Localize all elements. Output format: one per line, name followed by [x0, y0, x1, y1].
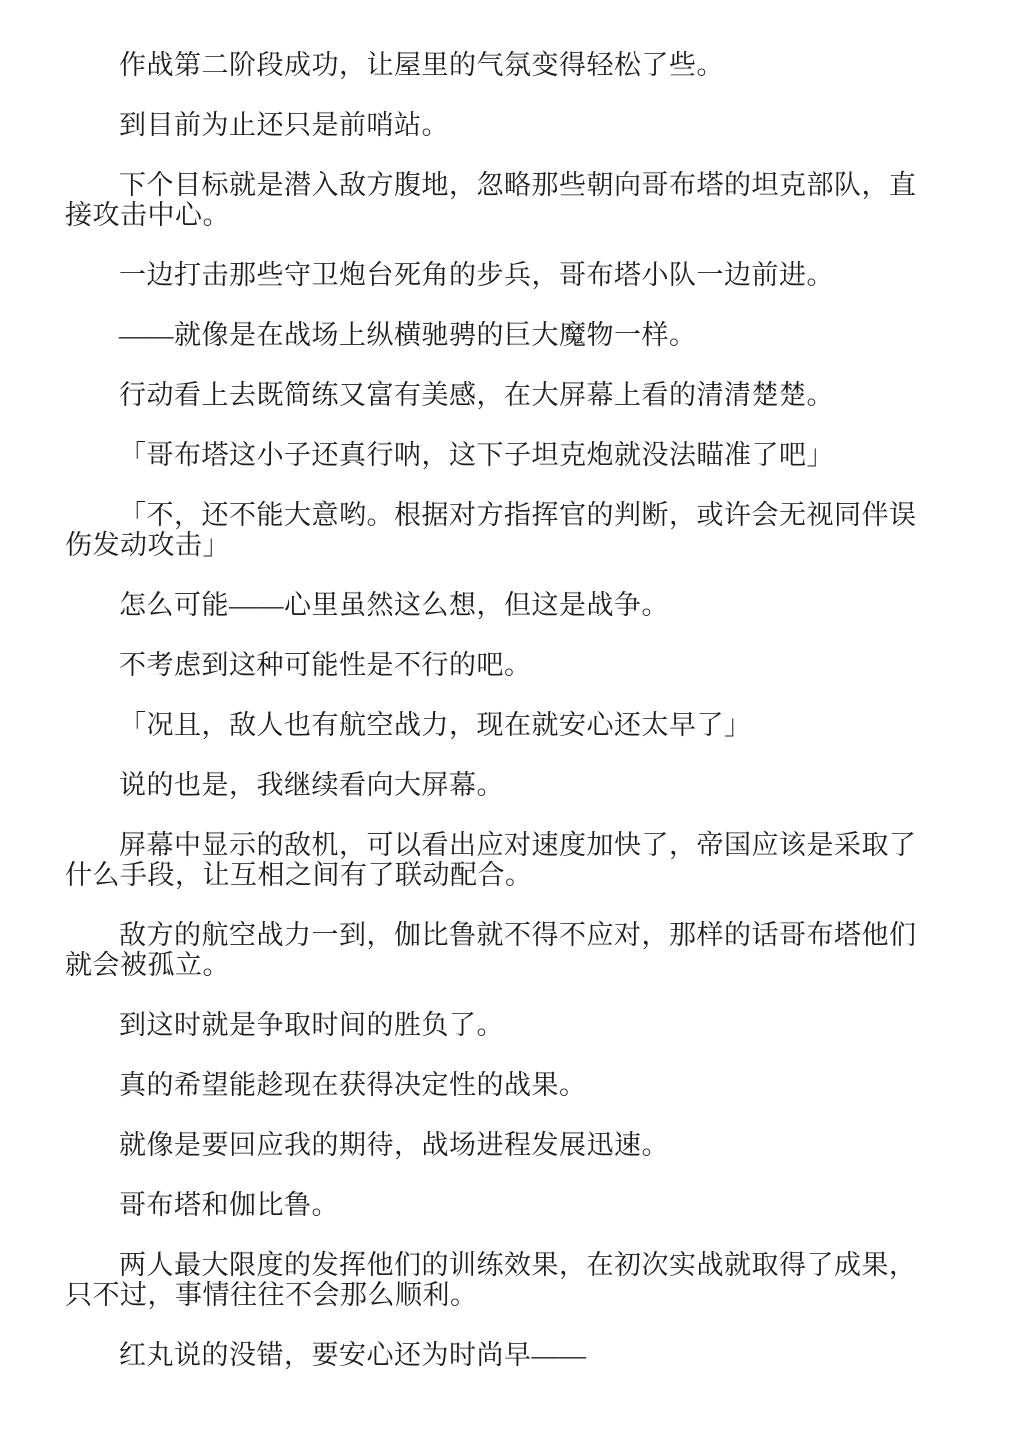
paragraph: 不考虑到这种可能性是不行的吧。	[65, 650, 935, 680]
paragraph: 「不，还不能大意哟。根据对方指挥官的判断，或许会无视同伴误伤发动攻击」	[65, 500, 935, 560]
paragraph: 怎么可能——心里虽然这么想，但这是战争。	[65, 590, 935, 620]
paragraph: 屏幕中显示的敌机，可以看出应对速度加快了，帝国应该是采取了什么手段，让互相之间有…	[65, 830, 935, 890]
paragraph: 作战第二阶段成功，让屋里的气氛变得轻松了些。	[65, 50, 935, 80]
paragraph: 两人最大限度的发挥他们的训练效果，在初次实战就取得了成果，只不过，事情往往不会那…	[65, 1250, 935, 1310]
paragraph: 就像是要回应我的期待，战场进程发展迅速。	[65, 1130, 935, 1160]
paragraph: 「况且，敌人也有航空战力，现在就安心还太早了」	[65, 710, 935, 740]
paragraph: 到目前为止还只是前哨站。	[65, 110, 935, 140]
paragraph: 红丸说的没错，要安心还为时尚早——	[65, 1340, 935, 1370]
paragraph: 下个目标就是潜入敌方腹地，忽略那些朝向哥布塔的坦克部队，直接攻击中心。	[65, 170, 935, 230]
paragraph: ——就像是在战场上纵横驰骋的巨大魔物一样。	[65, 320, 935, 350]
paragraph: 敌方的航空战力一到，伽比鲁就不得不应对，那样的话哥布塔他们就会被孤立。	[65, 920, 935, 980]
paragraph: 行动看上去既简练又富有美感，在大屏幕上看的清清楚楚。	[65, 380, 935, 410]
paragraph: 说的也是，我继续看向大屏幕。	[65, 770, 935, 800]
paragraph: 哥布塔和伽比鲁。	[65, 1190, 935, 1220]
document-page: 作战第二阶段成功，让屋里的气氛变得轻松了些。 到目前为止还只是前哨站。 下个目标…	[0, 0, 1017, 1437]
paragraph: 一边打击那些守卫炮台死角的步兵，哥布塔小队一边前进。	[65, 260, 935, 290]
paragraph: 「哥布塔这小子还真行呐，这下子坦克炮就没法瞄准了吧」	[65, 440, 935, 470]
paragraph: 到这时就是争取时间的胜负了。	[65, 1010, 935, 1040]
paragraph: 真的希望能趁现在获得决定性的战果。	[65, 1070, 935, 1100]
